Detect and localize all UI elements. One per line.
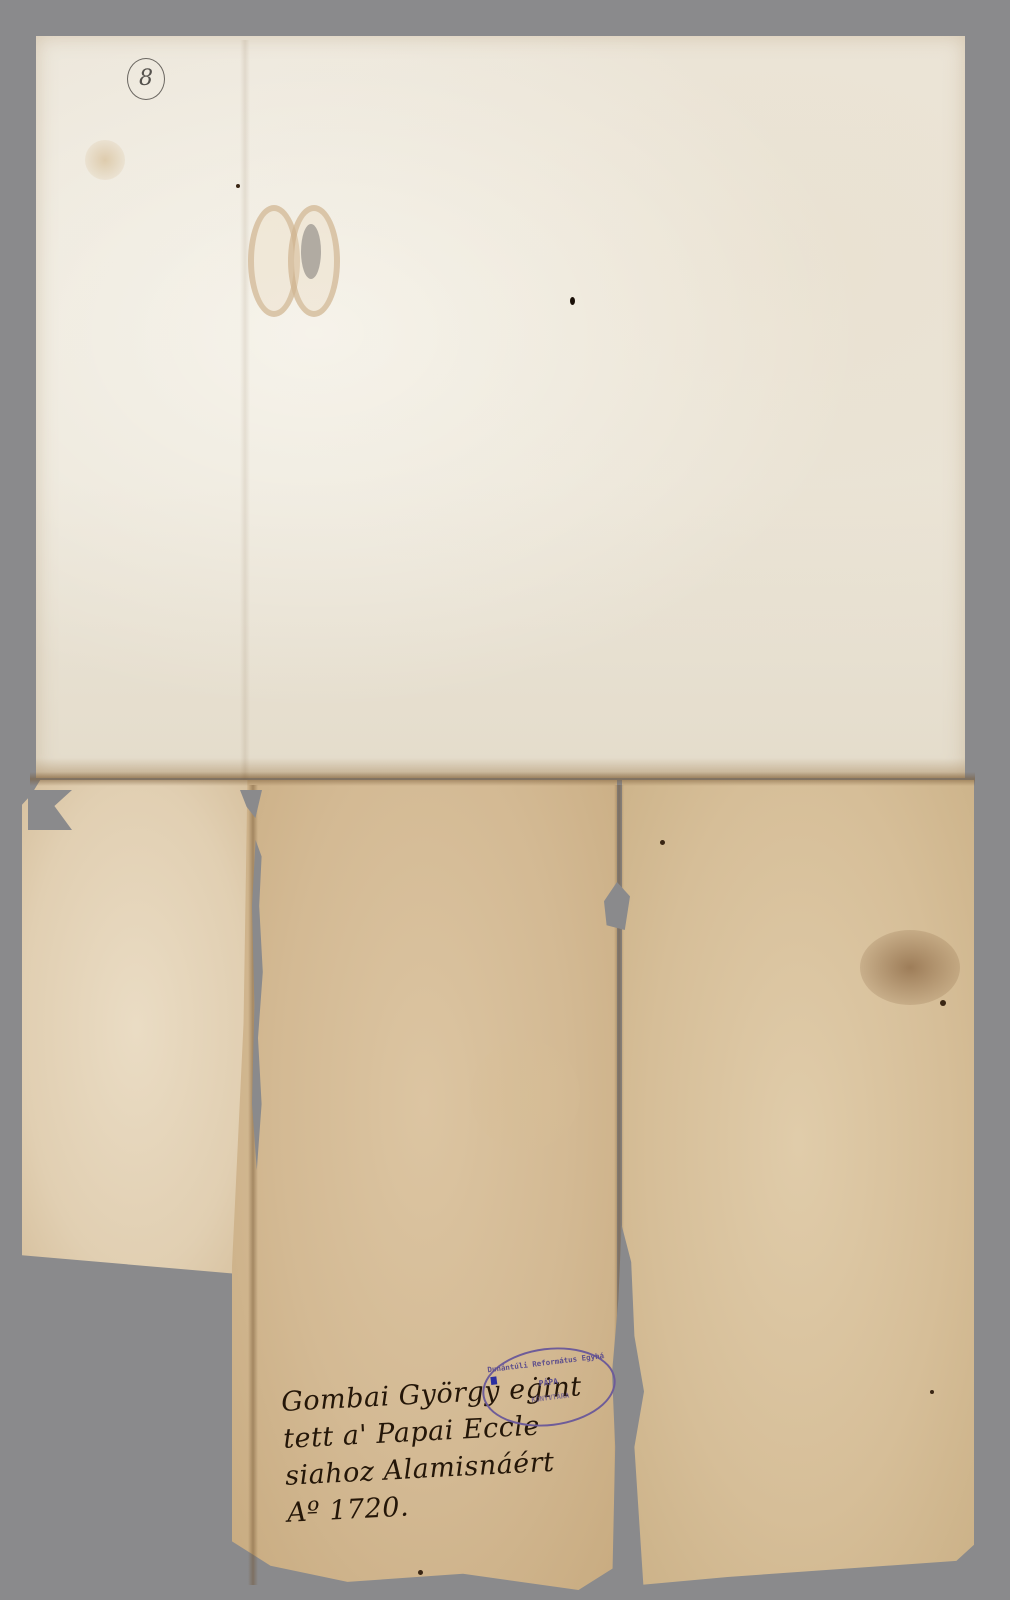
ink-spot — [418, 1570, 423, 1575]
ink-spot — [236, 184, 240, 188]
page-number-circle: 8 — [127, 58, 165, 100]
stain-upper-left — [85, 140, 125, 180]
wax-seal-impression — [248, 205, 340, 310]
ink-spot — [930, 1390, 934, 1394]
stain-circle — [470, 1040, 580, 1150]
left-lower-flap — [22, 780, 250, 1275]
stain-right — [860, 930, 960, 1005]
document-scan: 8 Gombai György eġint tett a' Papai Eccl… — [0, 0, 1010, 1600]
upper-folded-panel — [36, 36, 965, 778]
seal-lobe-right — [288, 205, 340, 317]
right-lower-panel — [622, 780, 974, 1585]
ink-spot — [660, 840, 665, 845]
horizontal-fold — [30, 772, 975, 786]
ink-spot — [940, 1000, 946, 1006]
ink-mark — [570, 297, 575, 305]
vertical-crease-upper — [240, 40, 250, 780]
